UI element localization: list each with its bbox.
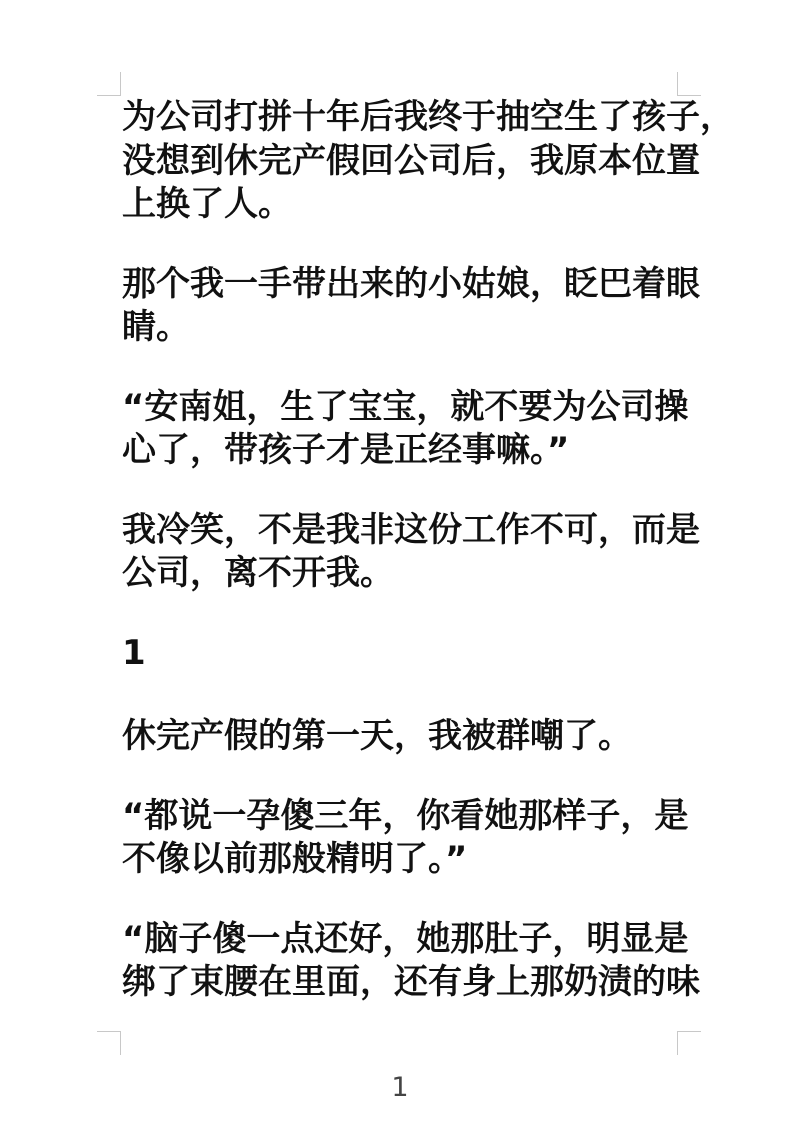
text-line: 绑了束腰在里面，还有身上那奶渍的味 [122,961,682,1005]
text-line: “脑子傻一点还好，她那肚子，明显是 [122,918,682,962]
paragraph: “安南姐，生了宝宝，就不要为公司操 心了，带孩子才是正经事嘛。” [122,386,682,473]
paragraph: 休完产假的第一天，我被群嘲了。 [122,715,682,759]
paragraph: “都说一孕傻三年，你看她那样子，是 不像以前那般精明了。” [122,795,682,882]
text-line: 上换了人。 [122,183,682,227]
paragraph: “脑子傻一点还好，她那肚子，明显是 绑了束腰在里面，还有身上那奶渍的味 [122,918,682,1005]
paragraph: 为公司打拼十年后我终于抽空生了孩子， 没想到休完产假回公司后，我原本位置 上换了… [122,96,682,227]
margin-mark-top-right [677,72,701,96]
text-line: “都说一孕傻三年，你看她那样子，是 [122,795,682,839]
text-line: 没想到休完产假回公司后，我原本位置 [122,140,682,184]
text-line: 那个我一手带出来的小姑娘，眨巴着眼 [122,263,682,307]
document-page: 为公司打拼十年后我终于抽空生了孩子， 没想到休完产假回公司后，我原本位置 上换了… [0,0,800,1127]
margin-mark-bottom-left [97,1031,121,1055]
page-number: 1 [0,1072,800,1103]
text-line: 睛。 [122,306,682,350]
text-line: 为公司打拼十年后我终于抽空生了孩子， [122,96,682,140]
document-body[interactable]: 为公司打拼十年后我终于抽空生了孩子， 没想到休完产假回公司后，我原本位置 上换了… [122,96,682,1041]
text-line: 心了，带孩子才是正经事嘛。” [122,429,682,473]
chapter-number-text: 1 [122,632,682,676]
text-line: 不像以前那般精明了。” [122,838,682,882]
margin-mark-top-left [97,72,121,96]
chapter-number: 1 [122,632,682,676]
paragraph: 我冷笑，不是我非这份工作不可，而是 公司，离不开我。 [122,509,682,596]
text-line: 我冷笑，不是我非这份工作不可，而是 [122,509,682,553]
text-line: “安南姐，生了宝宝，就不要为公司操 [122,386,682,430]
text-line: 公司，离不开我。 [122,552,682,596]
paragraph: 那个我一手带出来的小姑娘，眨巴着眼 睛。 [122,263,682,350]
text-line: 休完产假的第一天，我被群嘲了。 [122,715,682,759]
